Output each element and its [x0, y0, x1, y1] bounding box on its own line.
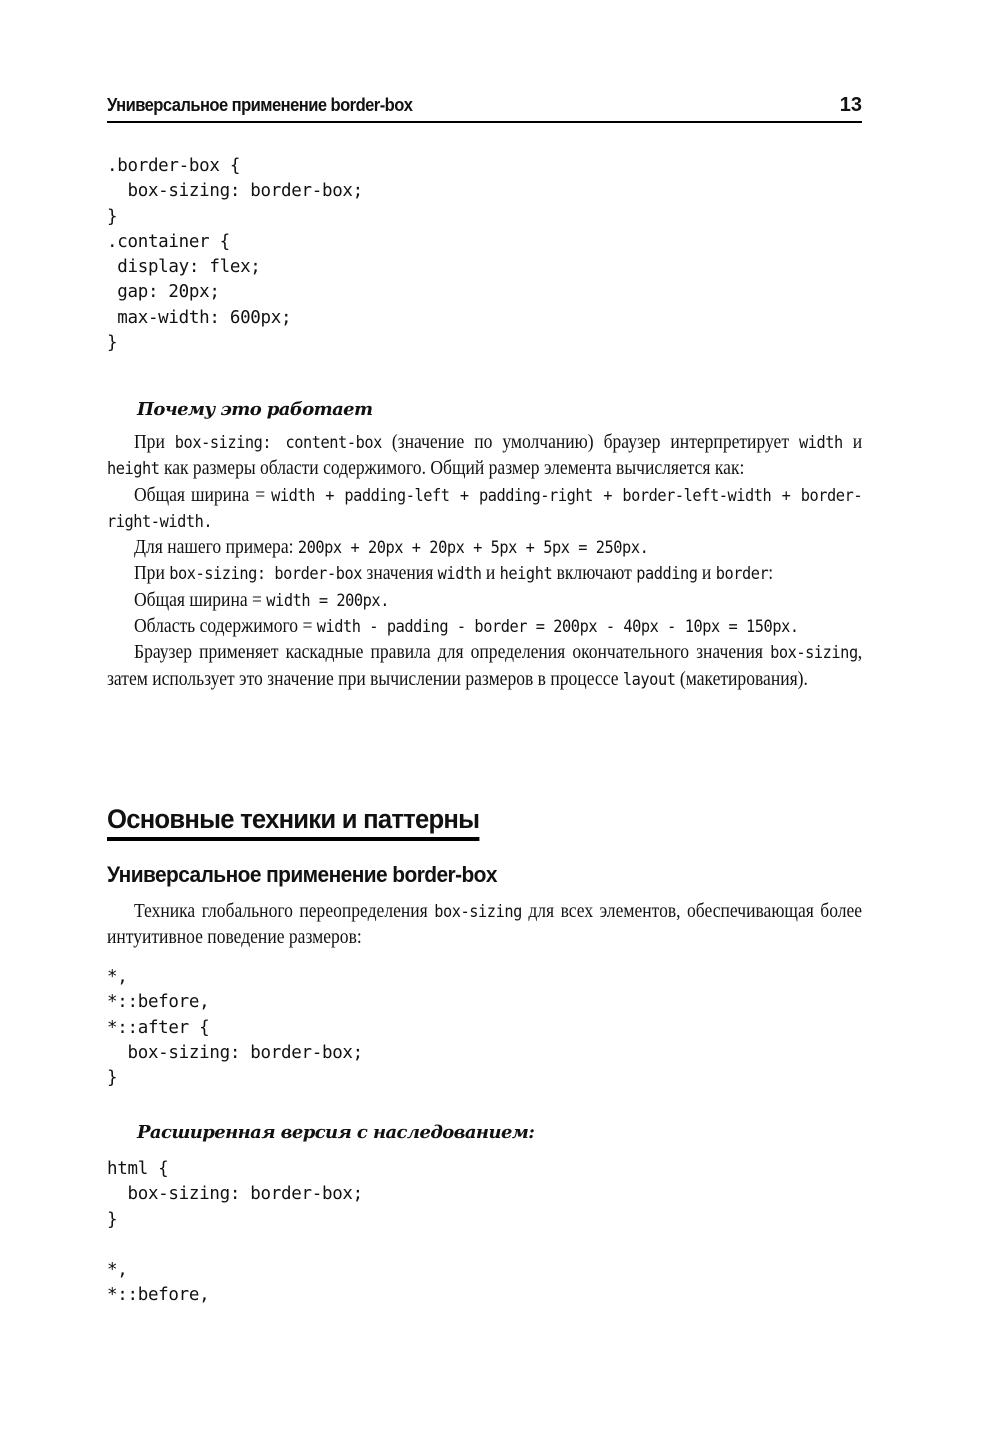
code-line: }	[107, 331, 363, 356]
code-line: *::after {	[107, 1016, 363, 1041]
paragraph: Браузер применяет каскадные правила для …	[107, 640, 862, 693]
subsection-title: Универсальное применение border-box	[107, 862, 497, 888]
code-line: box-sizing: border-box;	[107, 1041, 363, 1066]
code-line: box-sizing: border-box;	[107, 1182, 363, 1207]
code-line: html {	[107, 1157, 363, 1182]
paragraph: Общая ширина = width + padding-left + pa…	[107, 483, 862, 536]
code-block-inheritance: html { box-sizing: border-box;}*,*::befo…	[107, 1157, 363, 1309]
page-number: 13	[840, 94, 862, 117]
code-line: }	[107, 1208, 363, 1233]
code-line: gap: 20px;	[107, 280, 363, 305]
code-line: }	[107, 1066, 363, 1091]
code-line: *::before,	[107, 990, 363, 1015]
code-line	[107, 1233, 363, 1258]
code-line: }	[107, 205, 363, 230]
section-title: Основные техники и паттерны	[107, 804, 479, 841]
code-line: *,	[107, 1258, 363, 1283]
why-it-works-heading: Почему это работает	[137, 399, 372, 420]
extended-version-heading: Расширенная версия с наследованием:	[137, 1122, 534, 1143]
code-line: .container {	[107, 230, 363, 255]
code-line: display: flex;	[107, 255, 363, 280]
code-block-universal: *,*::before,*::after { box-sizing: borde…	[107, 965, 363, 1091]
paragraph: Техника глобального переопределения box-…	[107, 899, 862, 951]
code-block-border-box: .border-box { box-sizing: border-box;}.c…	[107, 154, 363, 356]
paragraph: При box-sizing: border-box значения widt…	[107, 561, 862, 587]
running-title: Универсальное применение border-box	[107, 95, 412, 116]
section-intro: Техника глобального переопределения box-…	[107, 899, 862, 951]
code-line: *,	[107, 965, 363, 990]
code-line: box-sizing: border-box;	[107, 179, 363, 204]
code-line: .border-box {	[107, 154, 363, 179]
paragraph: При box-sizing: content-box (значение по…	[107, 430, 862, 483]
paragraph: Для нашего примера: 200px + 20px + 20px …	[107, 535, 862, 561]
paragraph: Область содержимого = width - padding - …	[107, 614, 862, 640]
why-it-works-body: При box-sizing: content-box (значение по…	[107, 430, 862, 693]
code-line: max-width: 600px;	[107, 306, 363, 331]
code-line: *::before,	[107, 1283, 363, 1308]
running-header: Универсальное применение border-box 13	[107, 95, 862, 123]
paragraph: Общая ширина = width = 200px.	[107, 588, 862, 614]
